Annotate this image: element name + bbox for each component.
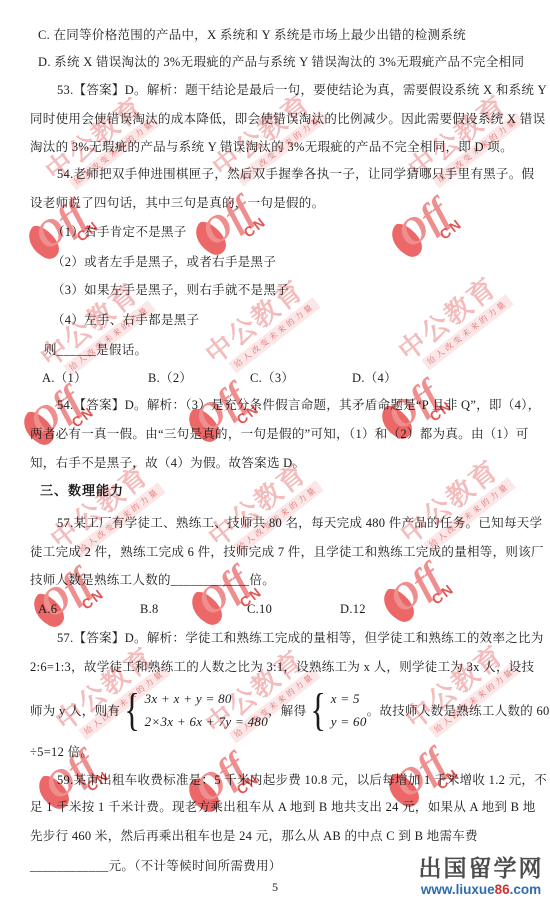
url-com: .com [510, 882, 542, 897]
options-row-54: A.（1） B.（2） C.（3） D.（4） [0, 369, 550, 387]
equation: y = 60 [331, 710, 367, 733]
url-www: www.liuxue [421, 882, 495, 897]
answer-53-line: 淘汰的 3%无瑕疵的产品与系统 Y 错误淘汰的 3%无瑕疵的产品不完全相同，即 … [30, 138, 513, 156]
answer-57-line: 57.【答案】D。解析：学徒工和熟练工完成的量相等，但学徒工和熟练工的效率之比为 [57, 629, 544, 647]
section-heading: 三、数理能力 [40, 482, 124, 500]
answer-54-line: 两者必有一真一假。由“三句是真的，一句是假的”可知，（1）和（2）都为真。由（1… [30, 425, 529, 443]
question-59-line: 59.某市出租车收费标准是：5 千米内起步费 10.8 元，以后每增加 1 千米… [57, 771, 547, 789]
question-59-line: 先步行 460 米，然后再乘出租车也是 24 元，那么从 AB 的中点 C 到 … [30, 827, 478, 845]
statement-2-line: （2）或者左手是黑子，或者右手是黑子 [52, 253, 276, 271]
option-d-line: D. 系统 X 错误淘汰的 3%无瑕疵的产品与系统 Y 错误淘汰的 3%无瑕疵产… [38, 53, 524, 71]
equation-system-2: x = 5 y = 60 [331, 687, 367, 733]
answer-57-line: 2:6=1:3，故学徒工和熟练工的人数之比为 3:1，设熟练工为 x 人，则学徒… [30, 658, 534, 676]
option-d: D.12 [340, 600, 366, 618]
equation: 3x + x + y = 80 [145, 687, 268, 710]
url-86: 86 [495, 882, 510, 897]
option-a: A.6 [38, 600, 57, 618]
question-57-line: 57.某工厂有学徒工、熟练工、技师共 80 名，每天完成 480 件产品的任务。… [57, 514, 542, 532]
equation: x = 5 [331, 687, 367, 710]
site-url: www.liuxue86.com [412, 882, 550, 898]
equation-line: 师为 y 人，则有 { 3x + x + y = 80 2×3x + 6x + … [30, 684, 550, 736]
answer-53-line: 53.【答案】D。解析：题干结论是最后一句，要使结论为真，需要假设系统 X 和系… [57, 81, 547, 99]
question-59-line: ____________元。（不计等候时间所需费用） [30, 857, 282, 875]
statement-3-line: （3）如果左手是黑子，则右手就不是黑子 [52, 281, 289, 299]
option-c-line: C. 在同等价格范围的产品中，X 系统和 Y 系统是市场上最少出错的检测系统 [38, 26, 466, 44]
option-c: C.10 [247, 600, 272, 618]
option-c: C.（3） [250, 369, 294, 387]
question-59-line: 足 1 千米按 1 千米计费。现老方乘出租车从 A 地到 B 地共支出 24 元… [30, 798, 536, 816]
answer-54-line: 54.【答案】D。解析：（3）是充分条件假言命题，其矛盾命题是“P 且非 Q”，… [57, 396, 541, 414]
statement-4-line: （4）左手、右手都是黑子 [52, 311, 199, 329]
question-57-line: 技师人数是熟练工人数的____________倍。 [30, 571, 275, 589]
question-54-line: 设老师说了四句话，其中三句是真的，一句是假的。 [30, 194, 324, 212]
text-layer: C. 在同等价格范围的产品中，X 系统和 Y 系统是市场上最少出错的检测系统 D… [0, 0, 550, 907]
option-b: B.8 [140, 600, 159, 618]
equation-system-1: 3x + x + y = 80 2×3x + 6x + 7y = 480 [145, 687, 268, 733]
equation-prefix: 师为 y 人，则有 [30, 701, 120, 719]
option-a: A.（1） [42, 369, 87, 387]
statement-1-line: （1）右手肯定不是黑子 [52, 223, 187, 241]
option-d: D.（4） [352, 369, 397, 387]
options-row-57: A.6 B.8 C.10 D.12 [0, 600, 550, 618]
site-name: 出国留学网 [412, 855, 550, 882]
equation-mid: ，解得 [268, 701, 306, 719]
document-page: Off CN 中公教育 给人改变未来的力量 Off CN 中公教育 给人改变未来… [0, 0, 550, 907]
left-brace-glyph: { [125, 687, 141, 733]
option-b: B.（2） [148, 369, 192, 387]
question-57-line: 徒工完成 2 件，熟练工完成 6 件，技师完成 7 件，且学徒工和熟练工完成的量… [30, 543, 544, 561]
equation-suffix: 。故技师人数是熟练工人数的 60 [367, 701, 550, 719]
answer-57-line: ÷5=12 倍。 [30, 743, 93, 761]
equation: 2×3x + 6x + 7y = 480 [145, 710, 268, 733]
liuxue86-logo: 出国留学网 www.liuxue86.com [412, 855, 550, 898]
answer-54-line: 知，右手不是黑子，故（4）为假。故答案选 D。 [30, 454, 305, 472]
blank-prompt-line: 则______是假话。 [44, 341, 147, 359]
question-54-line: 54.老师把双手伸进围棋匣子，然后双手握拳各执一子，让同学猜哪只手里有黑子。假 [57, 165, 534, 183]
left-brace-glyph: { [311, 687, 327, 733]
answer-53-line: 同时使用会使错误淘汰的成本降低，即会使错误淘汰的比例减少。因此需要假设系统 X … [30, 110, 545, 128]
